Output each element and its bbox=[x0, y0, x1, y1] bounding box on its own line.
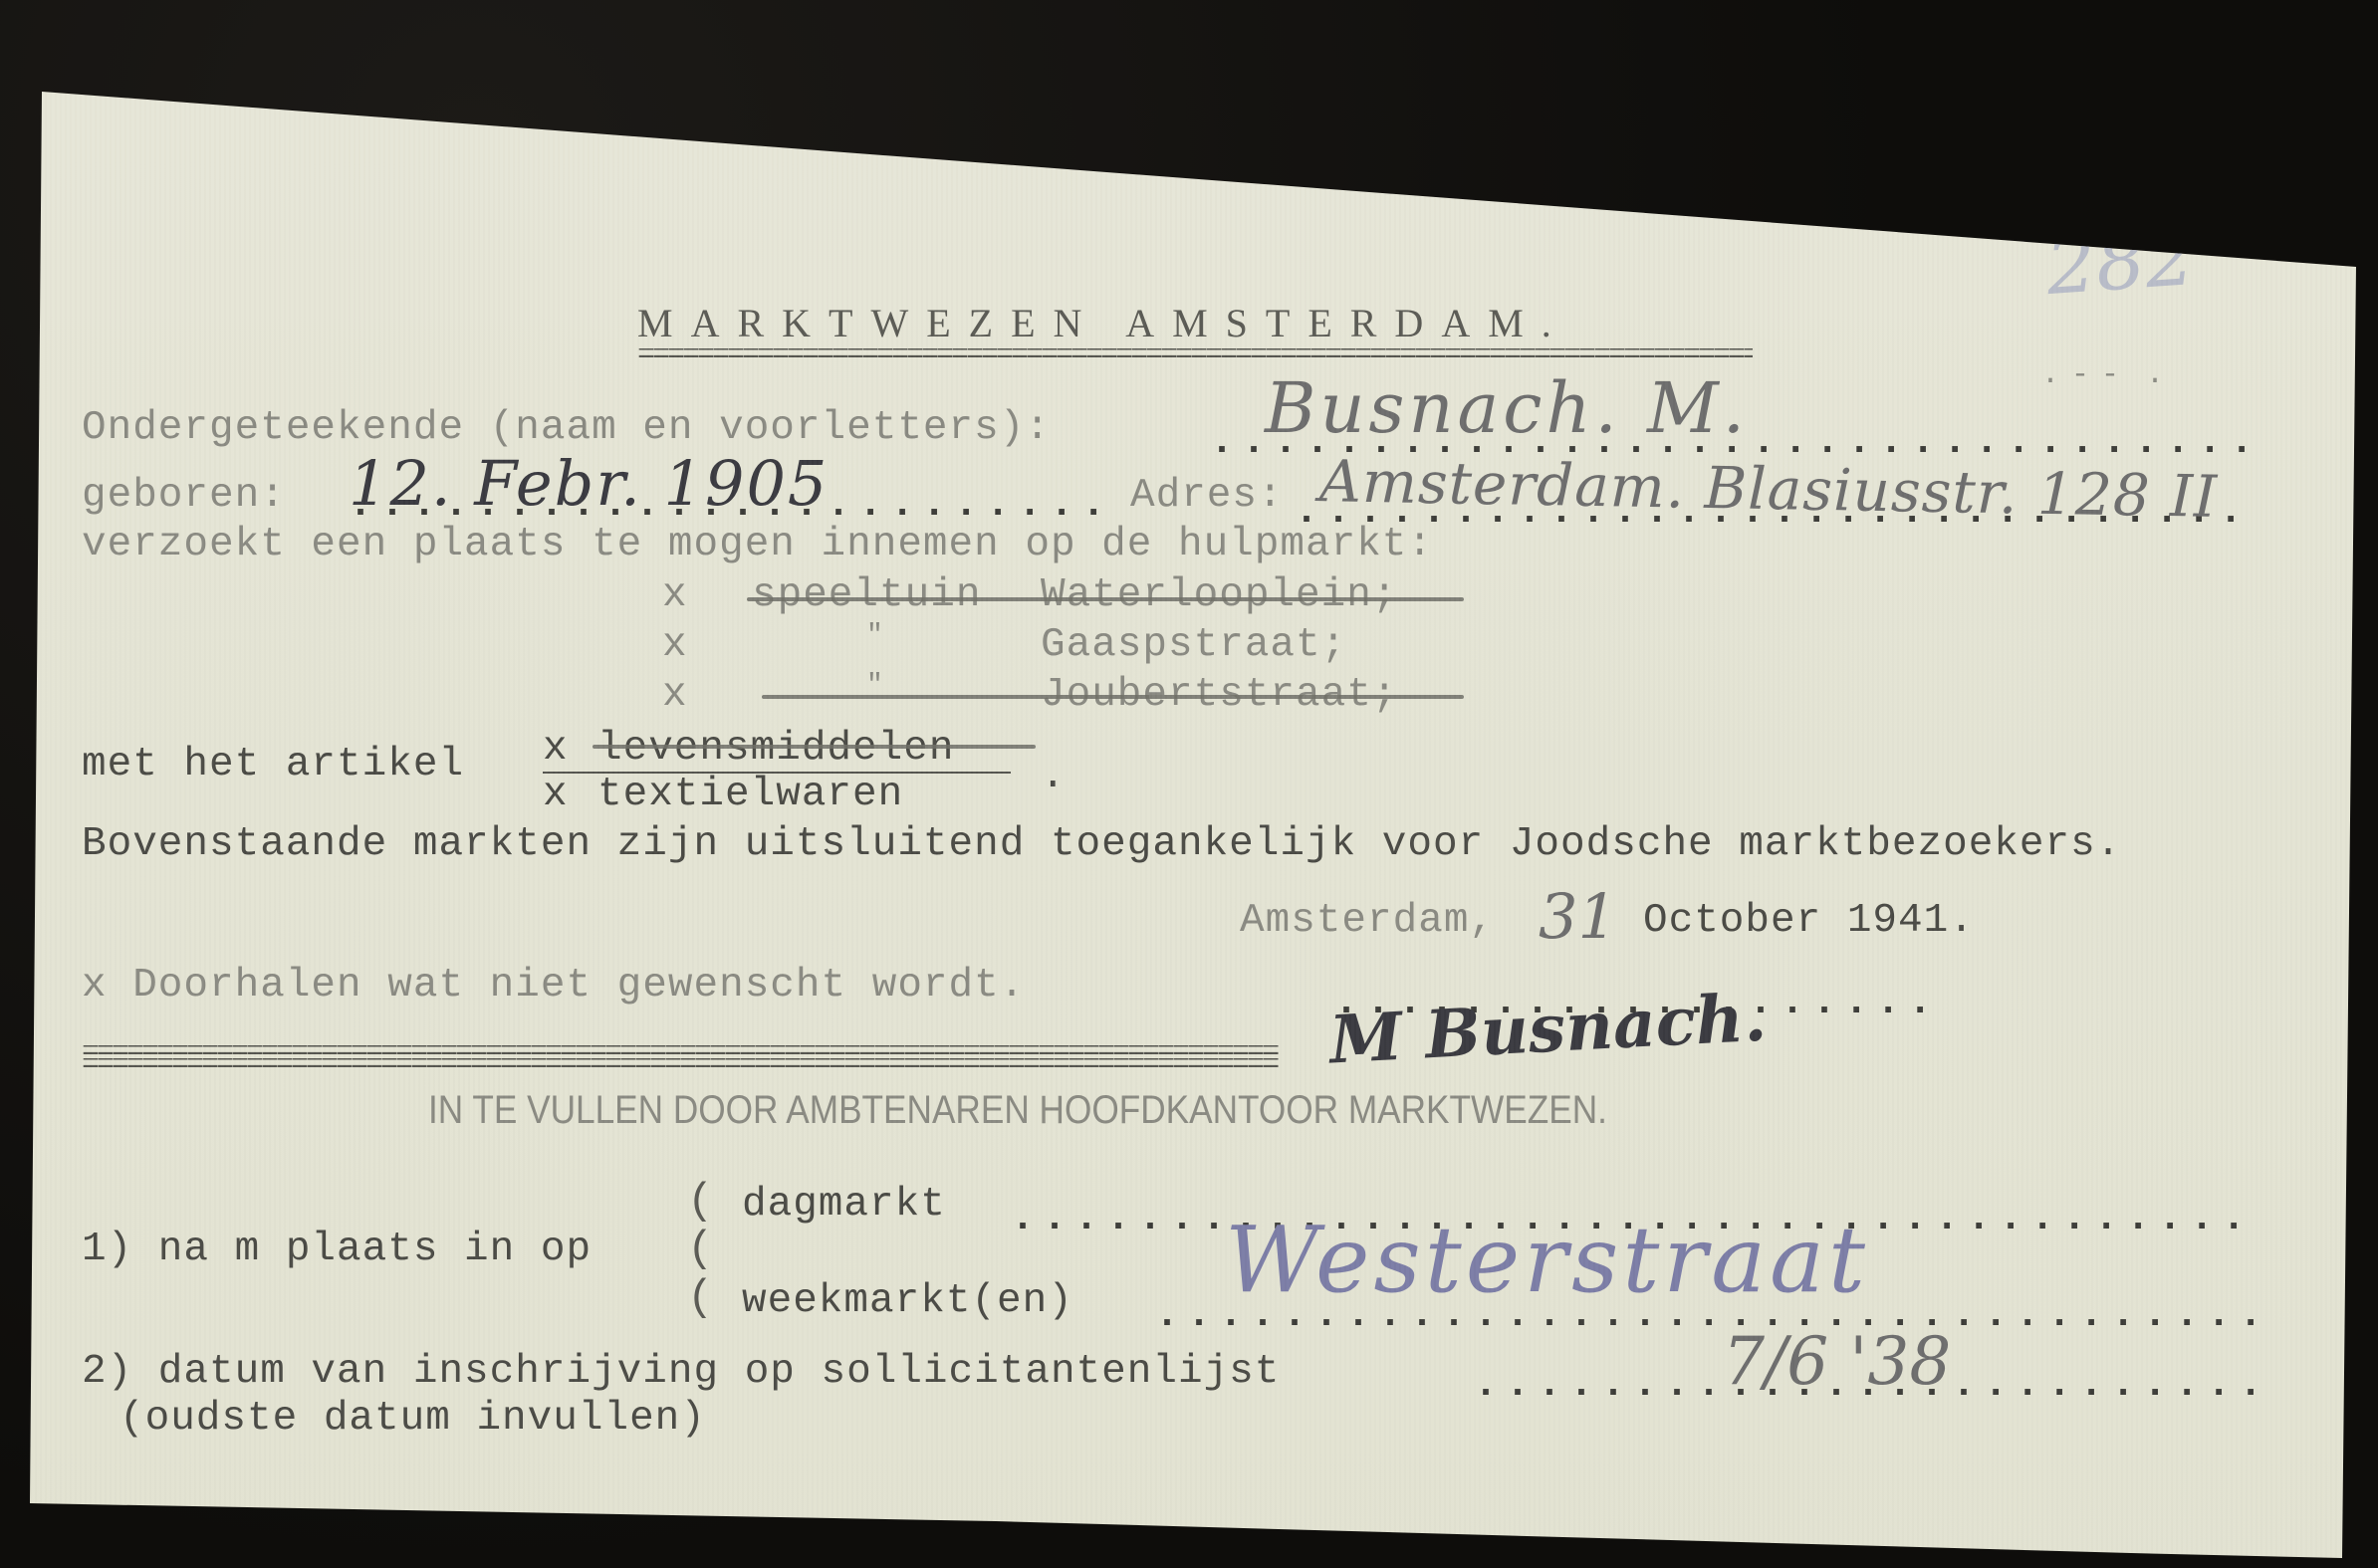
day-market-label: dagmarkt bbox=[742, 1185, 946, 1226]
born-label: geboren: bbox=[82, 476, 286, 517]
market-marker: x bbox=[662, 675, 688, 716]
article-marker: x bbox=[543, 729, 569, 770]
market-name-gaaspstraat: Gaaspstraat; bbox=[1041, 625, 1346, 666]
official-header: IN TE VULLEN DOOR AMBTENAREN HOOFDKANTOO… bbox=[428, 1090, 1607, 1130]
market-marker: x bbox=[662, 575, 688, 616]
item2-label: 2) datum van inschrijving op sollicitant… bbox=[82, 1352, 1280, 1393]
notice-text: Bovenstaande markten zijn uitsluitend to… bbox=[82, 824, 2121, 865]
article-marker: x bbox=[543, 775, 569, 815]
stray-marks: . - - . bbox=[2041, 368, 2161, 383]
item1-label: 1) na m plaats in op bbox=[82, 1230, 592, 1270]
period-mark: . bbox=[1041, 757, 1067, 797]
address-value[interactable]: Amsterdam. Blasiusstr. 128 II bbox=[1319, 452, 2219, 526]
section-divider: ========================================… bbox=[82, 1058, 2272, 1073]
brace: ( bbox=[687, 1180, 713, 1224]
date-rest: October 1941. bbox=[1643, 901, 1975, 942]
footnote: x Doorhalen wat niet gewenscht wordt. bbox=[82, 966, 1025, 1007]
item2-sub: (oudste datum invullen) bbox=[119, 1399, 706, 1440]
article-label: met het artikel bbox=[82, 745, 464, 785]
request-text: verzoekt een plaats te mogen innemen op … bbox=[82, 525, 1433, 565]
market-name-waterlooplein: Waterlooplein; bbox=[1041, 575, 1397, 616]
ditto-mark: " bbox=[866, 622, 884, 650]
applicant-label: Ondergeteekende (naam en voorletters): bbox=[82, 408, 1051, 449]
applicant-name[interactable]: Busnach. M. bbox=[1265, 373, 1749, 443]
strikethrough-waterlooplein bbox=[747, 597, 1464, 601]
week-market-value[interactable]: Westerstraat bbox=[1225, 1215, 1869, 1306]
market-prefix: speeltuin bbox=[752, 575, 981, 616]
title-double-underline: ========================================… bbox=[637, 348, 1753, 363]
strikethrough-joubertstraat bbox=[762, 695, 1464, 699]
place-label: Amsterdam, bbox=[1240, 901, 1495, 942]
strikethrough-levensmiddelen bbox=[593, 745, 1036, 749]
page-title: MARKTWEZEN AMSTERDAM. bbox=[637, 304, 1569, 343]
week-market-label: weekmarkt(en) bbox=[742, 1281, 1073, 1322]
address-label: Adres: bbox=[1130, 476, 1284, 517]
brace: ( bbox=[687, 1276, 713, 1320]
born-value[interactable]: 12. Febr. 1905 bbox=[349, 453, 829, 515]
brace: ( bbox=[687, 1228, 713, 1271]
item2-value[interactable]: 7/6 '38 bbox=[1723, 1329, 1951, 1395]
article-levensmiddelen: levensmiddelen bbox=[597, 729, 954, 770]
date-day[interactable]: 31 bbox=[1539, 886, 1617, 948]
article-textielwaren: textielwaren bbox=[597, 775, 903, 815]
market-marker: x bbox=[662, 625, 688, 666]
